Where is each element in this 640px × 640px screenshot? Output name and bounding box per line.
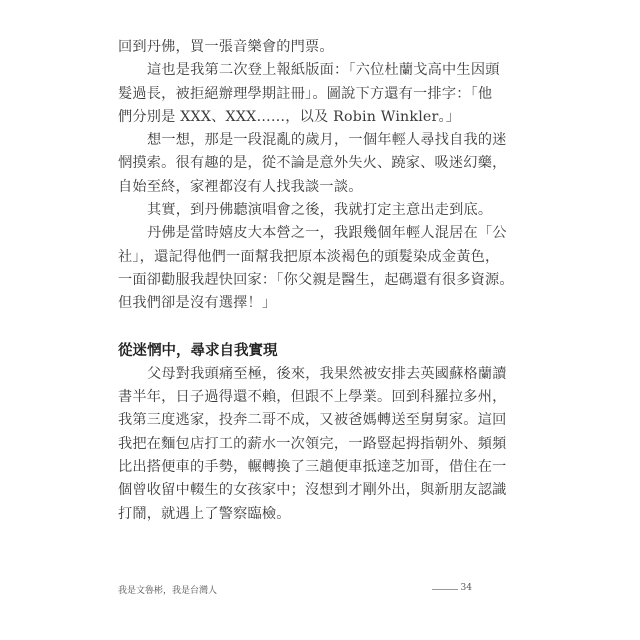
page-number: 34 xyxy=(461,583,472,593)
text-line: 但我們卻是沒有選擇！」 xyxy=(118,292,472,315)
book-page-body: 回到丹佛，買一張音樂會的門票。 這也是我第二次登上報紙版面：「六位杜蘭戈高中生因… xyxy=(118,36,472,526)
paragraph-5: 丹佛是當時嬉皮大本營之一，我跟幾個年輕人混居在「公 社」，還記得他們一面幫我把原… xyxy=(118,222,472,315)
text-line: 自始至終，家裡都沒有人找我談一談。 xyxy=(118,176,472,199)
text-line: 丹佛是當時嬉皮大本營之一，我跟幾個年輕人混居在「公 xyxy=(118,222,472,245)
text-line: 比出搭便車的手勢，輾轉換了三趟便車抵達芝加哥，借住在一 xyxy=(118,456,472,479)
text-line: 想一想，那是一段混亂的歲月，一個年輕人尋找自我的迷 xyxy=(118,129,472,152)
text-line: 打鬧，就遇上了警察臨檢。 xyxy=(118,503,472,526)
text-line: 我把在麵包店打工的薪水一次領完，一路豎起拇指朝外、頻頻 xyxy=(118,433,472,456)
text-line: 其實，到丹佛聽演唱會之後，我就打定主意出走到底。 xyxy=(118,199,472,222)
text-line: 書半年，日子過得還不賴，但跟不上學業。回到科羅拉多州， xyxy=(118,386,472,409)
page-footer: 我是文魯彬，我是台灣人 34 xyxy=(118,583,472,597)
section-paragraph-1: 父母對我頭痛至極，後來，我果然被安排去英國蘇格蘭讀 書半年，日子過得還不賴，但跟… xyxy=(118,363,472,526)
text-line: 社」，還記得他們一面幫我把原本淡褐色的頭髮染成金黃色， xyxy=(118,246,472,269)
paragraph-1: 回到丹佛，買一張音樂會的門票。 xyxy=(118,36,472,59)
footer-rule xyxy=(432,589,458,590)
text-line: 我第三度逃家，投奔二哥不成，又被爸媽轉送至舅舅家。這回 xyxy=(118,409,472,432)
text-line: 髮過長，被拒絕辦理學期註冊」。圖說下方還有一排字：「他 xyxy=(118,83,472,106)
text-line: 惘摸索。很有趣的是，從不論是意外失火、蹺家、吸迷幻藥， xyxy=(118,152,472,175)
text-line: 回到丹佛，買一張音樂會的門票。 xyxy=(118,36,472,59)
section-heading: 從迷惘中，尋求自我實現 xyxy=(118,340,472,363)
paragraph-4: 其實，到丹佛聽演唱會之後，我就打定主意出走到底。 xyxy=(118,199,472,222)
text-line: 父母對我頭痛至極，後來，我果然被安排去英國蘇格蘭讀 xyxy=(118,363,472,386)
text-line: 一面卻勸服我趕快回家：「你父親是醫生，起碼還有很多資源。 xyxy=(118,269,472,292)
text-line: 們分別是 XXX、XXX……，以及 Robin Winkler。」 xyxy=(118,106,472,129)
text-line: 個曾收留中輟生的女孩家中；沒想到才剛外出，與新朋友認識 xyxy=(118,479,472,502)
running-title: 我是文魯彬，我是台灣人 xyxy=(118,583,217,596)
paragraph-2: 這也是我第二次登上報紙版面：「六位杜蘭戈高中生因頭 髮過長，被拒絕辦理學期註冊」… xyxy=(118,59,472,129)
section-spacer xyxy=(118,316,472,340)
text-line: 這也是我第二次登上報紙版面：「六位杜蘭戈高中生因頭 xyxy=(118,59,472,82)
paragraph-3: 想一想，那是一段混亂的歲月，一個年輕人尋找自我的迷 惘摸索。很有趣的是，從不論是… xyxy=(118,129,472,199)
